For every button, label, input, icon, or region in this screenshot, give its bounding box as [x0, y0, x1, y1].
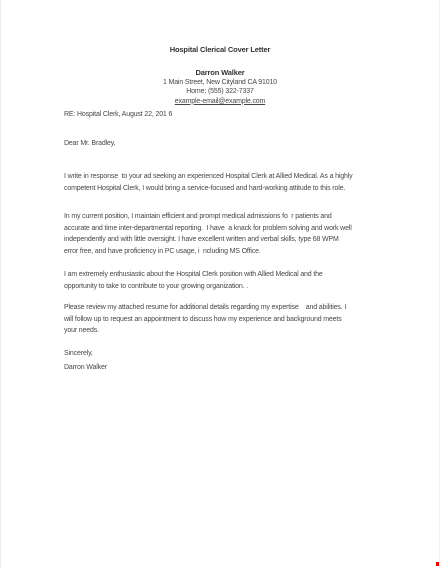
- closing-salutation: Sincerely,: [64, 348, 93, 360]
- sender-email-row: example-email@example.com: [1, 97, 439, 107]
- red-corner-marker: [436, 562, 440, 566]
- body-paragraph-intro: I write in response to your ad seeking a…: [64, 171, 353, 194]
- cover-letter-page: Hospital Clerical Cover Letter Darron Wa…: [0, 0, 440, 569]
- signature-name: Darron Walker: [64, 362, 107, 374]
- body-paragraph-enthusiasm: I am extremely enthusiastic about the Ho…: [64, 269, 323, 292]
- email-link[interactable]: example-email@example.com: [175, 98, 266, 105]
- sender-address: 1 Main Street, New Cityland CA 91010: [1, 78, 439, 88]
- body-paragraph-experience: In my current position, I maintain effic…: [64, 211, 352, 258]
- sender-name: Darron Walker: [1, 68, 439, 78]
- re-subject-line: RE: Hospital Clerk, August 22, 201 6: [64, 109, 172, 121]
- letter-header: Hospital Clerical Cover Letter Darron Wa…: [1, 45, 439, 106]
- salutation: Dear Mr. Bradley,: [64, 138, 115, 150]
- document-title: Hospital Clerical Cover Letter: [1, 45, 439, 54]
- body-paragraph-follow-up: Please review my attached resume for add…: [64, 302, 346, 337]
- sender-phone: Home: (555) 322-7337: [1, 87, 439, 97]
